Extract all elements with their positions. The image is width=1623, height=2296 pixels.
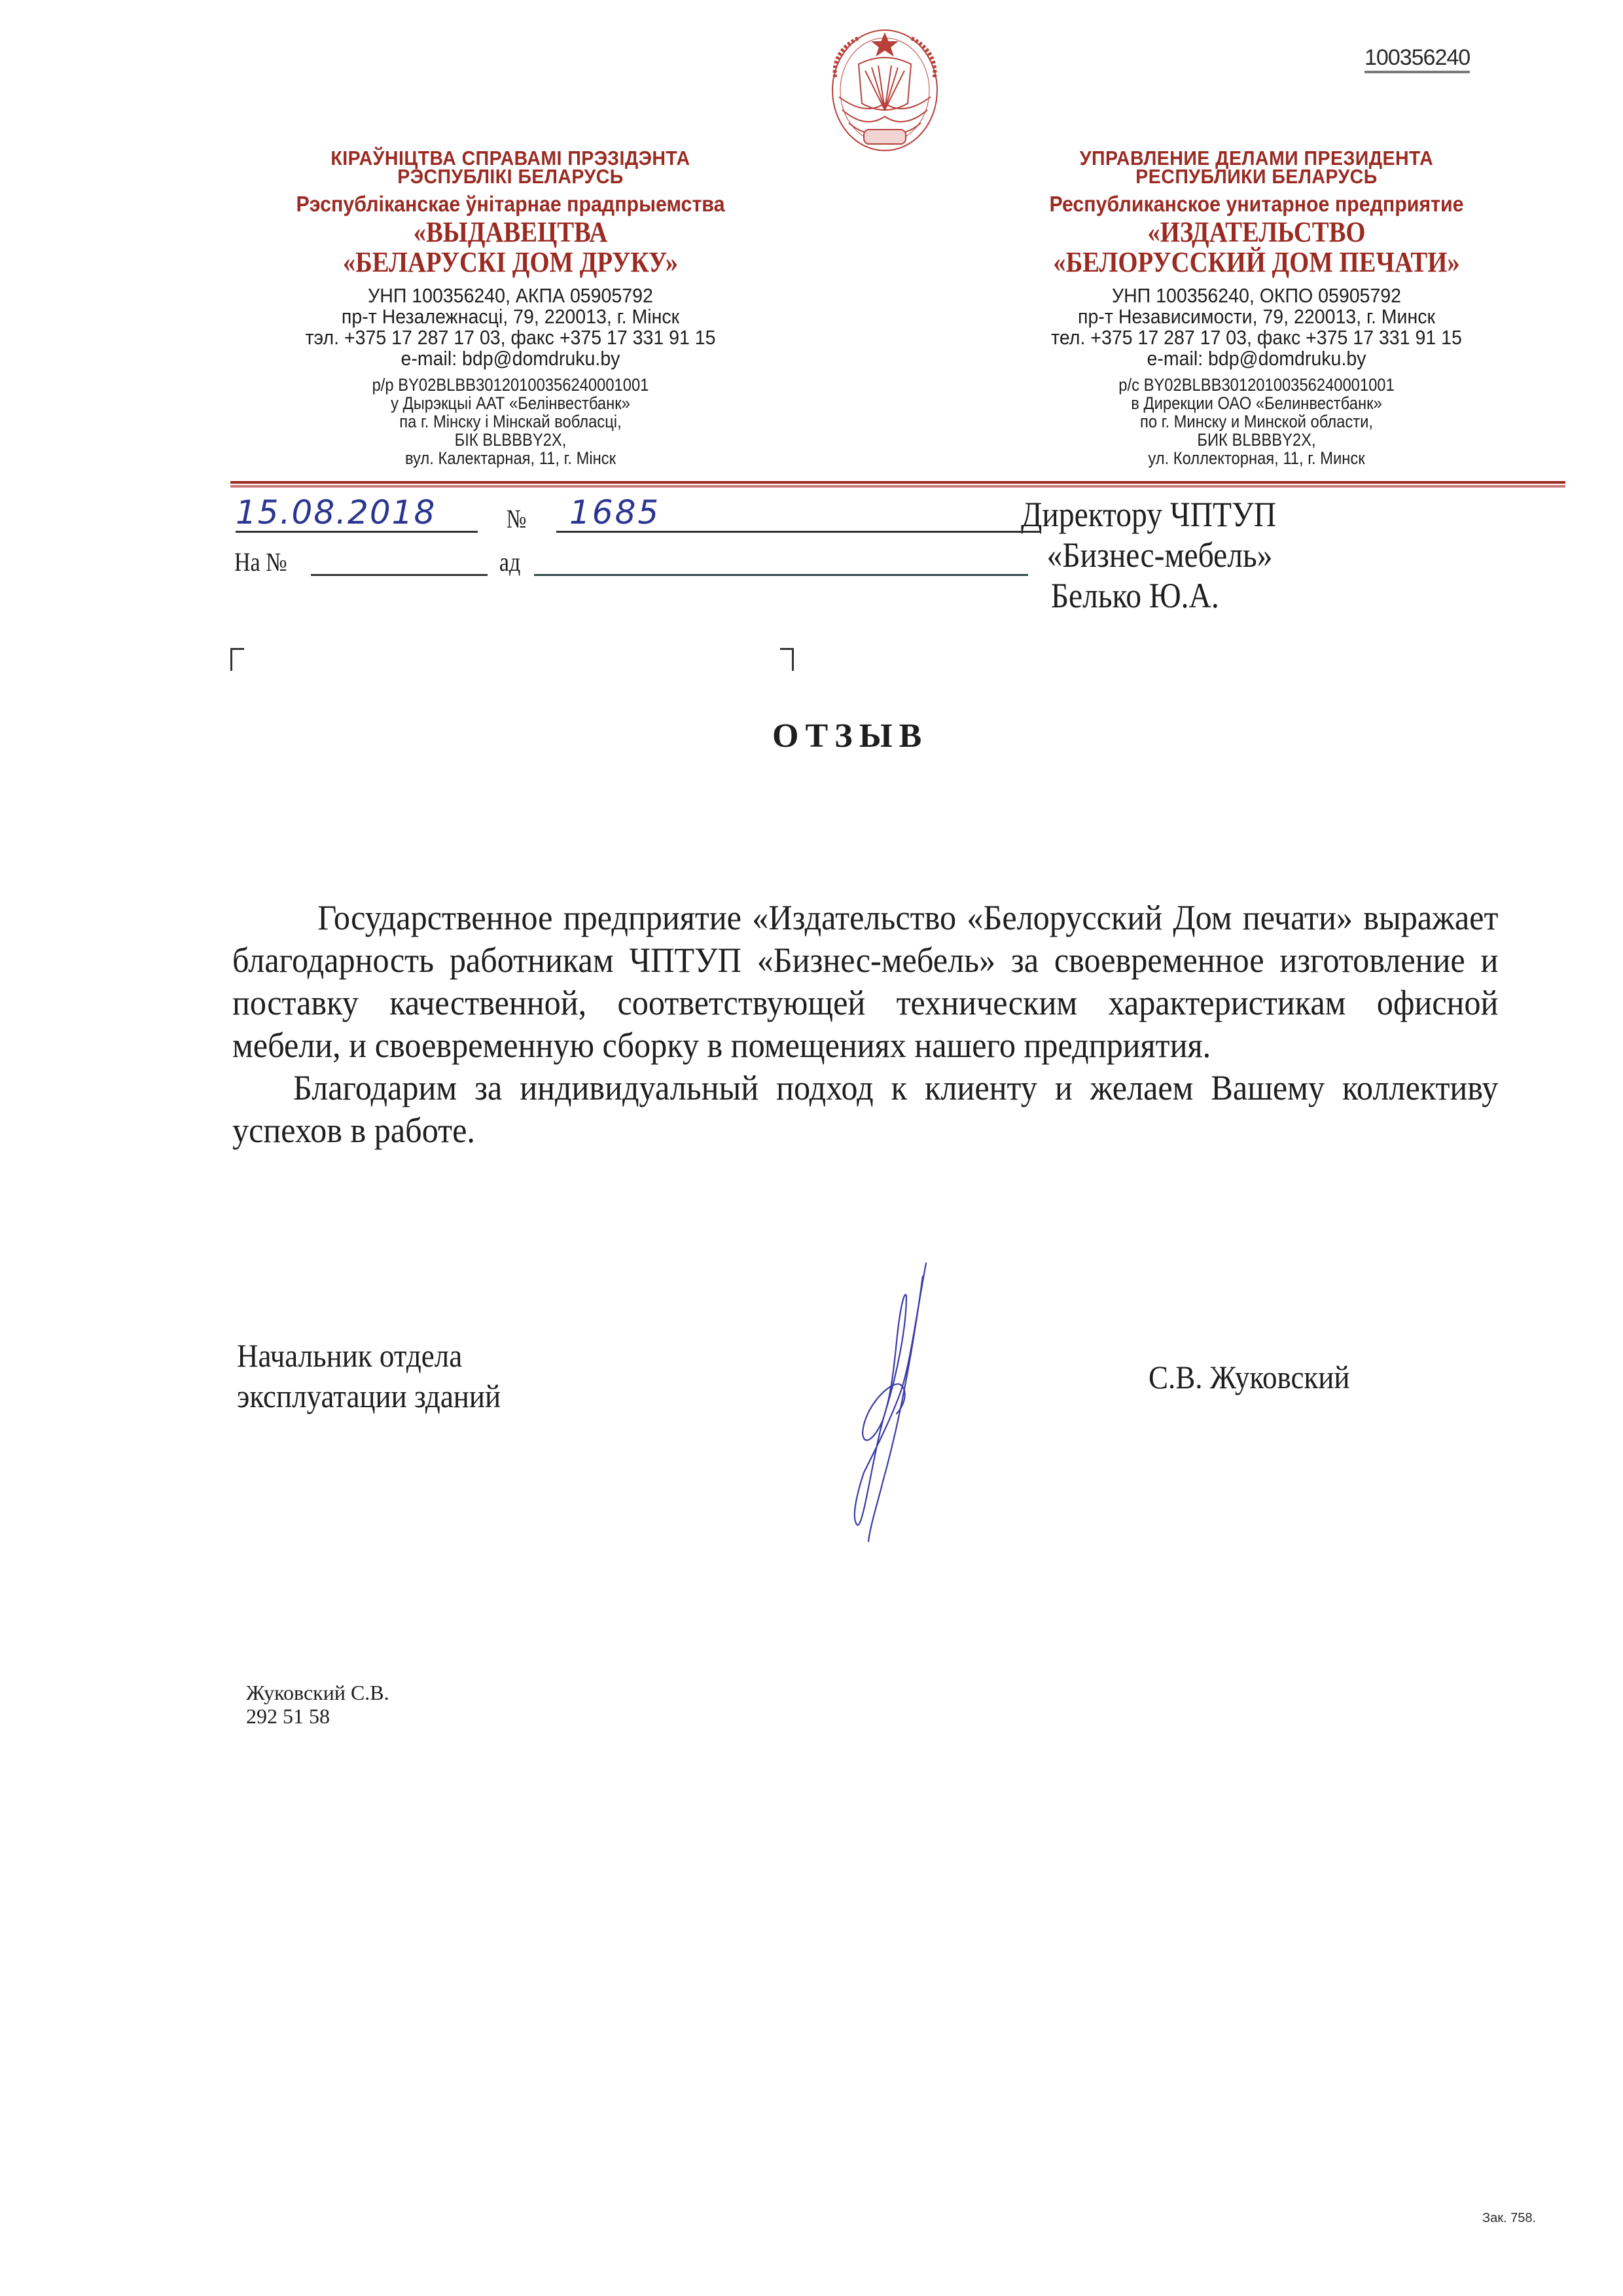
- letter-body: Государственное предприятие «Издательств…: [232, 897, 1498, 1152]
- number-label: №: [507, 503, 527, 534]
- bank-bic: БІК BLBBBY2X,: [223, 431, 798, 449]
- publisher-name-line2: «БЕЛОРУССКИЙ ДОМ ПЕЧАТИ»: [969, 247, 1544, 278]
- addressee-block: Директору ЧПТУП «Бизнес-мебель» Белько Ю…: [1021, 494, 1276, 616]
- signatory-name: С.В. Жуковский: [1149, 1358, 1349, 1396]
- letterhead-belarusian: КІРАЎНІЦТВА СПРАВАМІ ПРЭЗІДЭНТА РЭСПУБЛІ…: [183, 149, 838, 467]
- addressee-position: Директору ЧПТУП: [1021, 494, 1276, 535]
- reply-to-label: На №: [234, 547, 287, 577]
- signatory-position-line1: Начальник отдела: [237, 1335, 501, 1376]
- publisher-name-line1: «ИЗДАТЕЛЬСТВО: [969, 217, 1544, 247]
- bank-address: ул. Коллекторная, 11, г. Минск: [969, 449, 1544, 467]
- executor-name: Жуковский С.В.: [246, 1681, 389, 1704]
- document-title: ОТЗЫВ: [772, 717, 928, 755]
- publisher-name-line2: «БЕЛАРУСКІ ДОМ ДРУКУ»: [223, 247, 798, 278]
- body-paragraph-2: Благодарим за индивидуальный подход к кл…: [232, 1067, 1498, 1152]
- state-emblem-icon: [826, 25, 944, 156]
- corner-mark-right: [780, 648, 794, 671]
- company-ids: УНП 100356240, АКПА 05905792: [209, 285, 811, 306]
- signatory-position-line2: эксплуатации зданий: [237, 1376, 501, 1416]
- letterhead-divider: [230, 481, 1565, 488]
- enterprise-type: Республиканское унитарное предприятие: [955, 191, 1558, 217]
- print-order-number: Зак. 758.: [1482, 2211, 1536, 2226]
- company-phone: тел. +375 17 287 17 03, факс +375 17 331…: [955, 327, 1558, 348]
- publisher-name-line1: «ВЫДАВЕЦТВА: [223, 217, 798, 247]
- corner-mark-left: [230, 648, 244, 671]
- reply-from-label: ад: [499, 547, 520, 577]
- letterhead-russian: УПРАВЛЕНИЕ ДЕЛАМИ ПРЕЗИДЕНТА РЕСПУБЛИКИ …: [929, 149, 1584, 467]
- bank-name: в Дирекции ОАО «Белинвестбанк»: [969, 394, 1544, 412]
- bank-region: па г. Мінску і Мінскай вобласці,: [223, 412, 798, 431]
- org-name-line2: РЭСПУБЛІКІ БЕЛАРУСЬ: [209, 168, 811, 186]
- bank-address: вул. Калектарная, 11, г. Мінск: [223, 449, 798, 467]
- bank-name: у Дырэкцыі ААТ «Белінвестбанк»: [223, 394, 798, 412]
- outgoing-number: 1685: [556, 494, 1041, 533]
- reply-reference-row: На № ад: [229, 547, 805, 586]
- registration-row: 15.08.2018 № 1685: [229, 494, 805, 533]
- addressee-company: «Бизнес-мебель»: [1021, 535, 1276, 575]
- executor-block: Жуковский С.В. 292 51 58: [246, 1681, 389, 1728]
- company-address: пр-т Независимости, 79, 220013, г. Минск: [955, 306, 1558, 327]
- signatory-position: Начальник отдела эксплуатации зданий: [237, 1335, 501, 1416]
- company-email: e-mail: bdp@domdruku.by: [955, 348, 1558, 369]
- bank-account: р/р BY02BLBB30120100356240001001: [223, 376, 798, 394]
- org-name-line2: РЕСПУБЛИКИ БЕЛАРУСЬ: [955, 168, 1558, 186]
- bank-region: по г. Минску и Минской области,: [969, 412, 1544, 431]
- reply-from-date-field: [534, 574, 1028, 576]
- company-address: пр-т Незалежнасці, 79, 220013, г. Мінск: [209, 306, 811, 327]
- company-email: e-mail: bdp@domdruku.by: [209, 348, 811, 369]
- outgoing-date: 15.08.2018: [236, 494, 478, 533]
- reference-number: 100356240: [1364, 45, 1470, 73]
- company-ids: УНП 100356240, ОКПО 05905792: [955, 285, 1558, 306]
- bank-bic: БИК BLBBBY2X,: [969, 431, 1544, 449]
- company-phone: тэл. +375 17 287 17 03, факс +375 17 331…: [209, 327, 811, 348]
- handwritten-signature-icon: [766, 1250, 962, 1551]
- addressee-name: Белько Ю.А.: [1021, 575, 1276, 616]
- bank-account: р/с BY02BLBB30120100356240001001: [969, 376, 1544, 394]
- reply-to-number-field: [311, 574, 488, 576]
- body-paragraph-1: Государственное предприятие «Издательств…: [232, 897, 1498, 1067]
- enterprise-type: Рэспубліканскае ўнітарнае прадпрыемства: [209, 191, 811, 217]
- executor-phone: 292 51 58: [246, 1704, 389, 1728]
